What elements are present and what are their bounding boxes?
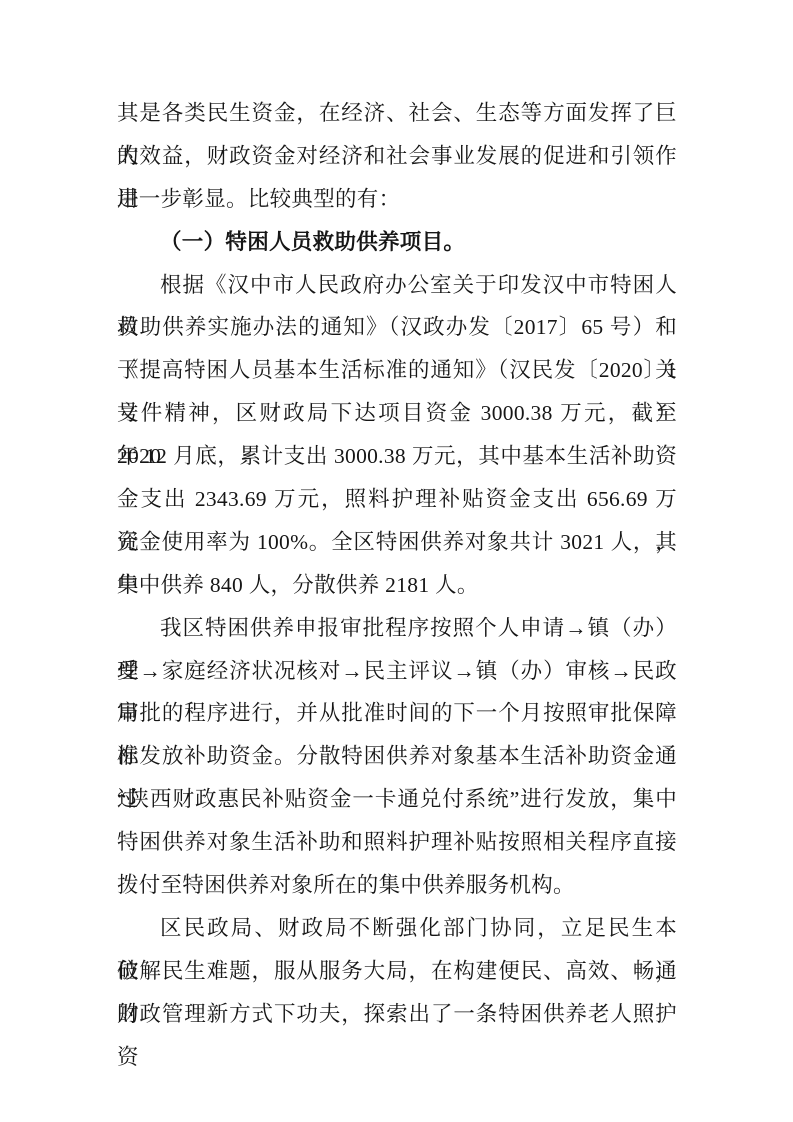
text-line: 拨付至特困供养对象所在的集中供养服务机构。 (117, 864, 677, 907)
text-line: 资金使用率为 100%。全区特困供养对象共计 3021 人，其中 (117, 521, 677, 564)
text-block: 其是各类民生资金，在经济、社会、生态等方面发挥了巨大 的效益，财政资金对经济和社… (117, 92, 677, 1036)
text-line: 的效益，财政资金对经济和社会事业发展的促进和引领作用 (117, 135, 677, 178)
text-line: 审批的程序进行，并从批准时间的下一个月按照审批保障标 (117, 692, 677, 735)
text-line: 文件精神，区财政局下达项目资金 3000.38 万元，截至 2020 (117, 392, 677, 435)
text-line: 财政管理新方式下功夫，探索出了一条特困供养老人照护资 (117, 993, 677, 1036)
text-line: 于提高特困人员基本生活标准的通知》（汉民发〔2020〕1 号） (117, 349, 677, 392)
text-line: 其是各类民生资金，在经济、社会、生态等方面发挥了巨大 (117, 92, 677, 135)
section-heading: （一）特困人员救助供养项目。 (117, 221, 677, 264)
text-line: 区民政局、财政局不断强化部门协同，立足民生本位， (117, 907, 677, 950)
text-line: 集中供养 840 人，分散供养 2181 人。 (117, 564, 677, 607)
text-line: 特困供养对象生活补助和照料护理补贴按照相关程序直接 (117, 821, 677, 864)
text-line: 破解民生难题，服从服务大局，在构建便民、高效、畅通的 (117, 950, 677, 993)
text-line: 我区特困供养申报审批程序按照个人申请→镇（办）受 (117, 607, 677, 650)
text-line: “陕西财政惠民补贴资金一卡通兑付系统”进行发放，集中 (117, 778, 677, 821)
text-line: 进一步彰显。比较典型的有： (117, 178, 677, 221)
text-line: 金支出 2343.69 万元，照料护理补贴资金支出 656.69 万元， (117, 478, 677, 521)
text-line: 救助供养实施办法的通知》（汉政办发〔2017〕65 号）和《关 (117, 306, 677, 349)
text-line: 年 12 月底，累计支出 3000.38 万元，其中基本生活补助资 (117, 435, 677, 478)
text-line: 准发放补助资金。分散特困供养对象基本生活补助资金通过 (117, 735, 677, 778)
document-page: 其是各类民生资金，在经济、社会、生态等方面发挥了巨大 的效益，财政资金对经济和社… (0, 0, 793, 1122)
text-line: 理→家庭经济状况核对→民主评议→镇（办）审核→民政局 (117, 650, 677, 693)
text-line: 根据《汉中市人民政府办公室关于印发汉中市特困人员 (117, 264, 677, 307)
